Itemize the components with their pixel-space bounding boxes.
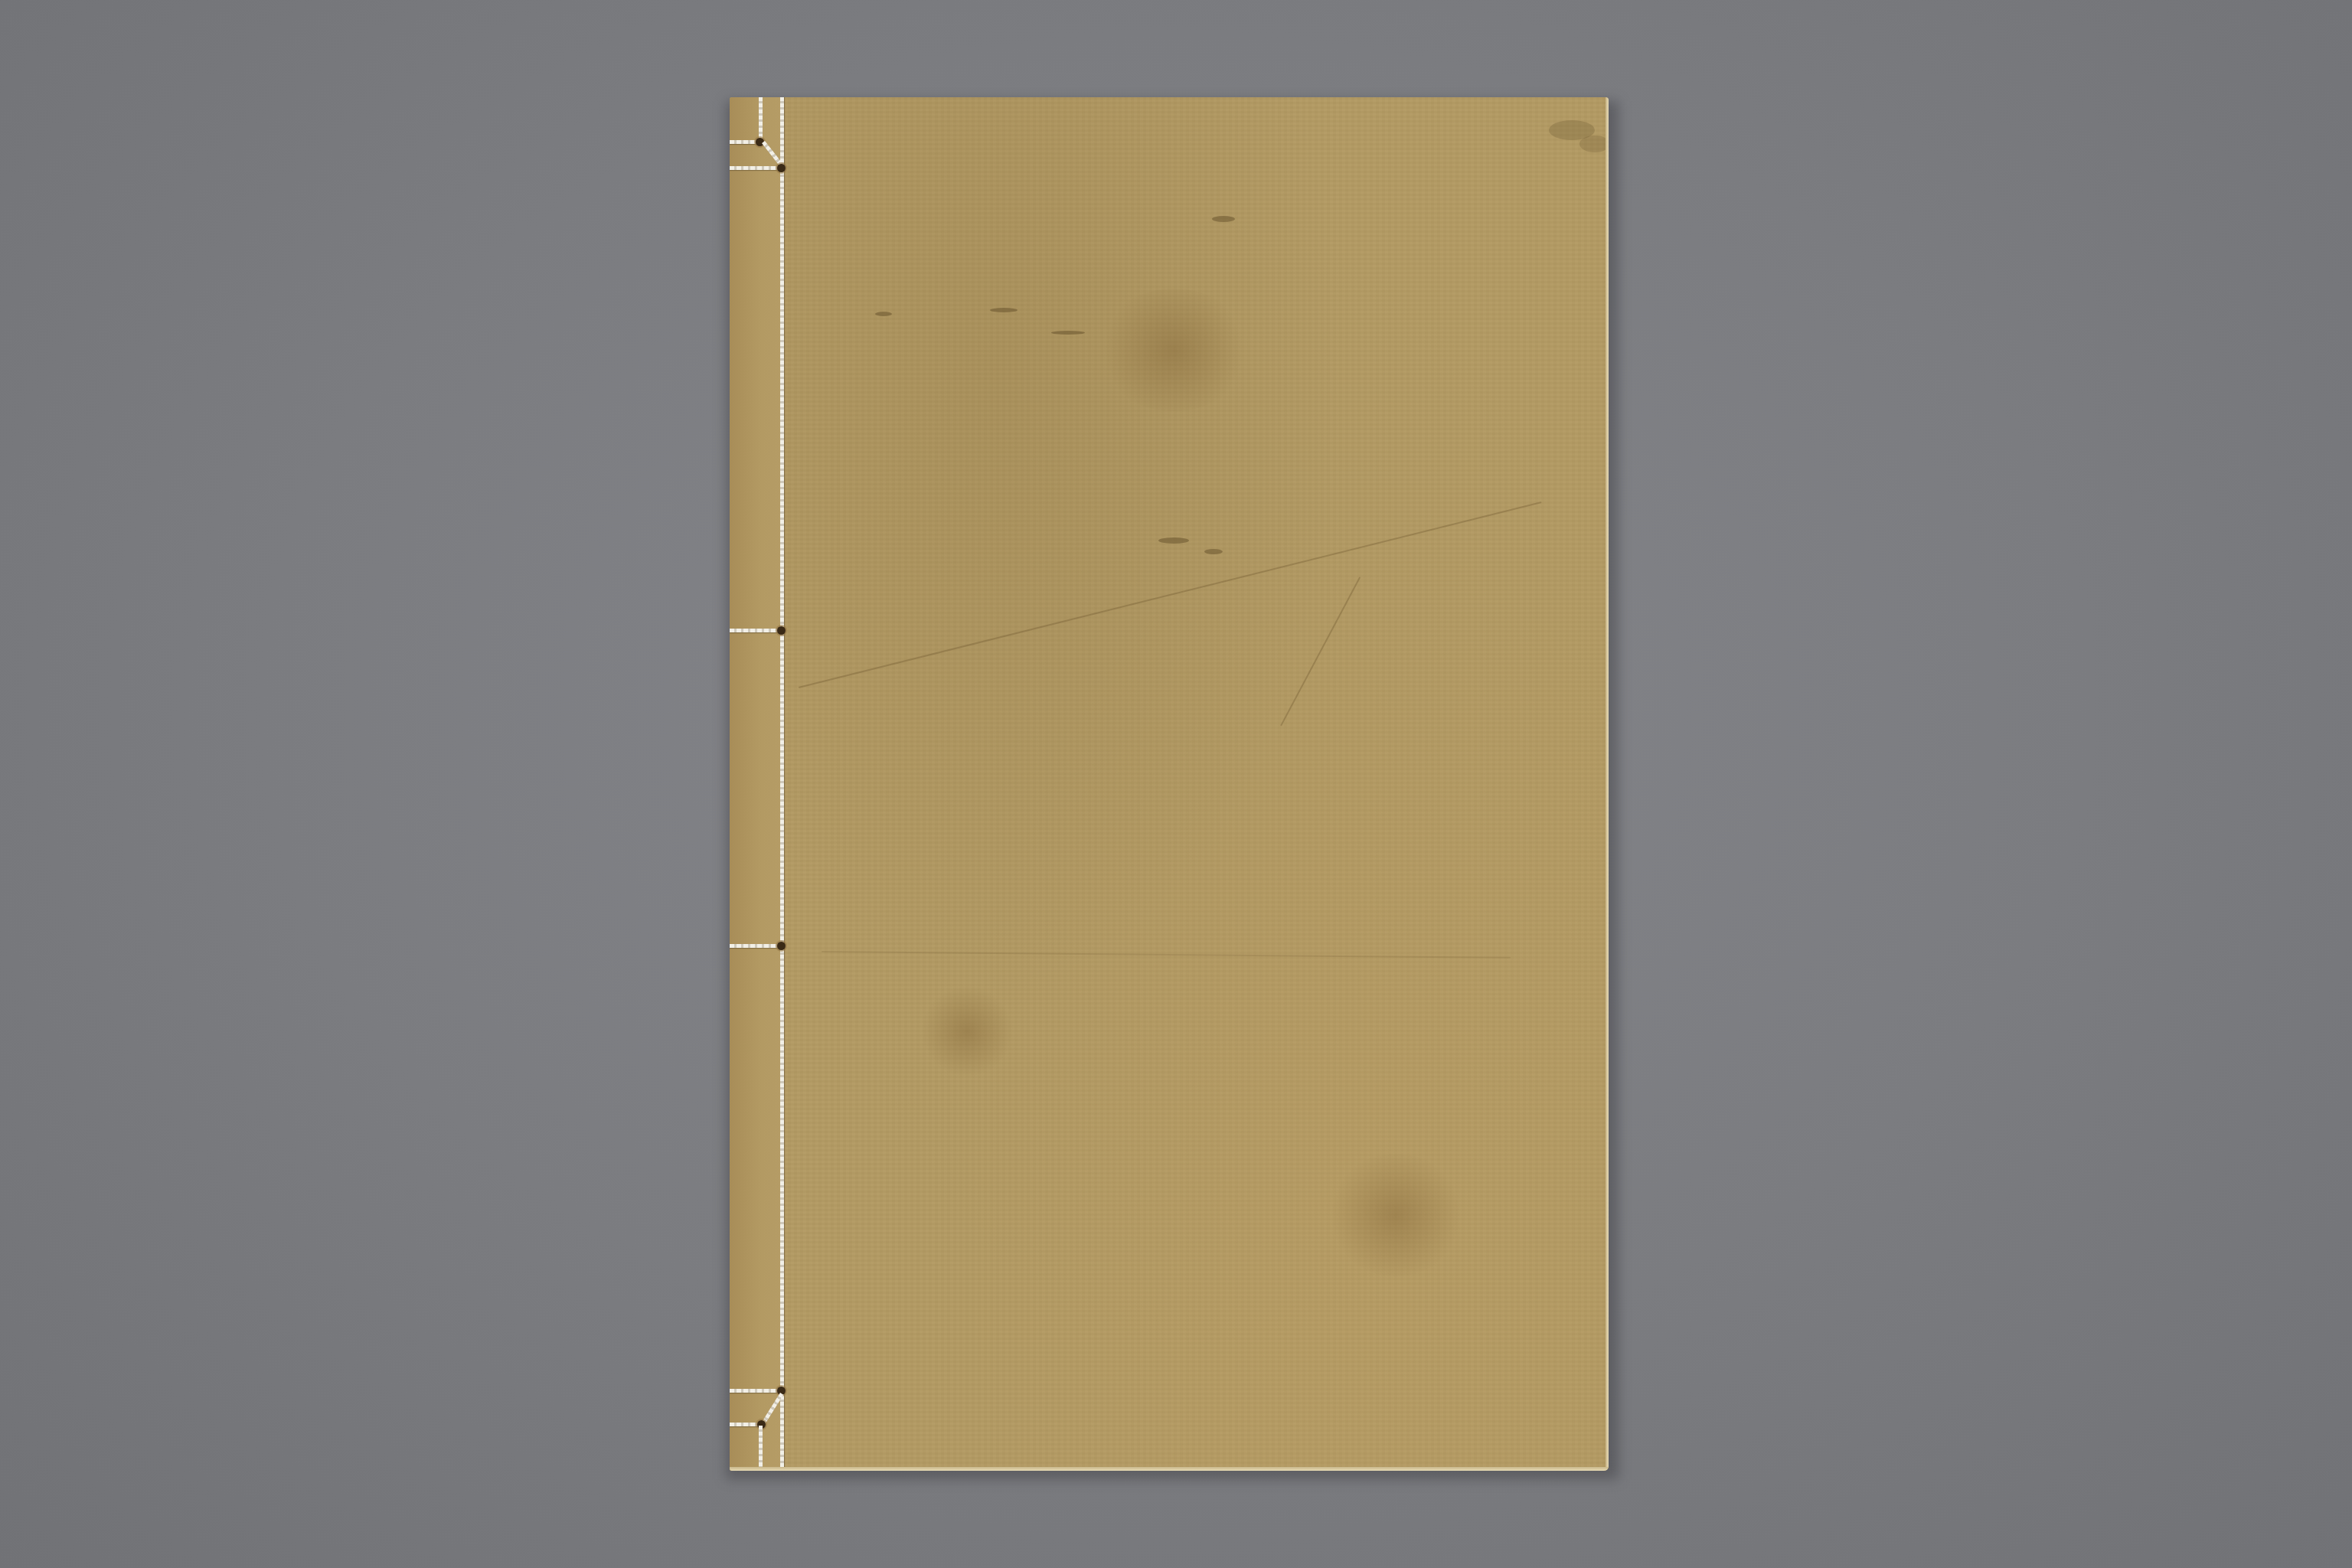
stitch-hole-station-2 [777,626,786,635]
stitch-hole-station-3 [777,942,786,950]
page-edge-right [1606,97,1609,1471]
foxing-spot [1097,289,1250,411]
ink-mark [875,312,892,316]
thread-wrap-bottom-2 [730,1423,760,1426]
ink-mark [1212,216,1235,222]
corner-thread-bottom [759,1426,763,1471]
spine-strip [730,97,784,1471]
ink-mark [1204,549,1223,554]
thread-wrap-station-2 [730,629,780,632]
book-cover [730,97,1609,1471]
ink-mark [1051,331,1085,335]
ink-mark [1579,136,1609,152]
page-edge-bottom [730,1467,1609,1471]
thread-wrap-top-2 [730,166,780,170]
foxing-spot [1327,1154,1465,1276]
binding-thread [780,97,784,1471]
ink-mark [1158,537,1189,544]
thread-wrap-bottom-1 [730,1389,780,1393]
foxing-spot [921,985,1013,1077]
thread-wrap-station-3 [730,944,780,948]
corner-thread-top [759,97,763,143]
stitch-hole-top-2 [777,164,786,172]
ink-mark [990,308,1018,312]
